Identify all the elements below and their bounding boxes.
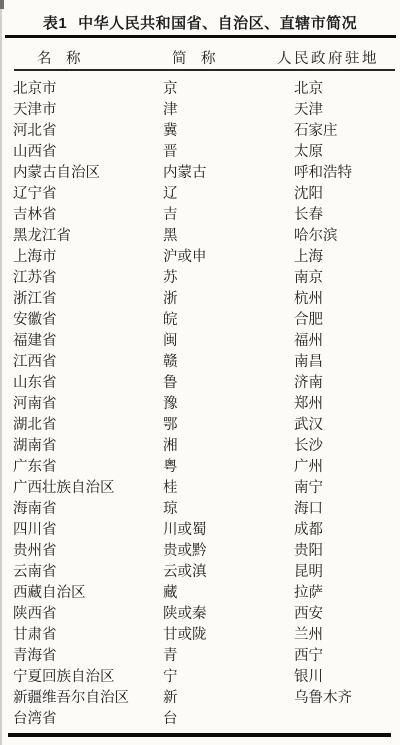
- government-seat: 海口: [294, 497, 400, 518]
- government-seat: 郑州: [294, 392, 400, 413]
- province-abbreviation: 川或蜀: [163, 518, 294, 539]
- province-name: 广西壮族自治区: [0, 476, 163, 497]
- table-row: 吉林省 吉 长春: [0, 203, 400, 224]
- government-seat: 杭州: [294, 287, 400, 308]
- government-seat: 北京: [294, 77, 400, 98]
- table-row: 浙江省 浙 杭州: [0, 287, 400, 308]
- government-seat: 南京: [294, 266, 400, 287]
- table-title: 表1中华人民共和国省、自治区、直辖市简况: [0, 12, 400, 33]
- province-abbreviation: 鄂: [163, 413, 294, 434]
- table-row: 河北省 冀 石家庄: [0, 119, 400, 140]
- table-row: 上海市 沪或申 上海: [0, 245, 400, 266]
- table-row: 广西壮族自治区 桂 南宁: [0, 476, 400, 497]
- province-abbreviation: 宁: [163, 665, 294, 686]
- province-name: 山东省: [0, 371, 163, 392]
- table-row: 内蒙古自治区 内蒙古 呼和浩特: [0, 161, 400, 182]
- government-seat: 贵阳: [294, 539, 400, 560]
- province-name: 新疆维吾尔自治区: [0, 686, 163, 707]
- bottom-rule: [8, 733, 391, 737]
- province-name: 福建省: [0, 329, 163, 350]
- province-name: 海南省: [0, 497, 163, 518]
- province-abbreviation: 湘: [163, 434, 294, 455]
- table-row: 湖南省 湘 长沙: [0, 434, 400, 455]
- province-name: 青海省: [0, 644, 163, 665]
- province-abbreviation: 苏: [163, 266, 294, 287]
- province-abbreviation: 闽: [163, 329, 294, 350]
- table-body: 北京市 京 北京 天津市 津 天津 河北省 冀 石家庄 山西省 晋 太原 内蒙古…: [0, 77, 400, 728]
- government-seat: 兰州: [294, 623, 400, 644]
- province-name: 广东省: [0, 455, 163, 476]
- government-seat: 合肥: [294, 308, 400, 329]
- table-row: 台湾省 台: [0, 707, 400, 728]
- province-abbreviation: 沪或申: [163, 245, 294, 266]
- column-header-name: 名 称: [37, 47, 81, 68]
- province-abbreviation: 皖: [163, 308, 294, 329]
- government-seat: 广州: [294, 455, 400, 476]
- government-seat: 济南: [294, 371, 400, 392]
- table-row: 宁夏回族自治区 宁 银川: [0, 665, 400, 686]
- province-name: 甘肃省: [0, 623, 163, 644]
- province-name: 北京市: [0, 77, 163, 98]
- province-abbreviation: 新: [163, 686, 294, 707]
- government-seat: 福州: [294, 329, 400, 350]
- government-seat: 天津: [294, 98, 400, 119]
- table-row: 青海省 青 西宁: [0, 644, 400, 665]
- column-header-government-seat: 人民政府驻地: [277, 47, 379, 68]
- table-row: 陕西省 陕或秦 西安: [0, 602, 400, 623]
- province-name: 江西省: [0, 350, 163, 371]
- table-row: 湖北省 鄂 武汉: [0, 413, 400, 434]
- government-seat: 沈阳: [294, 182, 400, 203]
- column-header-abbreviation: 简 称: [172, 47, 216, 68]
- table-title-text: 中华人民共和国省、自治区、直辖市简况: [78, 15, 357, 32]
- scan-corner-mark: [0, 0, 4, 9]
- province-name: 陕西省: [0, 602, 163, 623]
- province-abbreviation: 浙: [163, 287, 294, 308]
- province-name: 黑龙江省: [0, 224, 163, 245]
- government-seat: 石家庄: [294, 119, 400, 140]
- province-abbreviation: 黑: [163, 224, 294, 245]
- table-row: 江苏省 苏 南京: [0, 266, 400, 287]
- table-number: 表1: [43, 15, 67, 32]
- government-seat: 长沙: [294, 434, 400, 455]
- province-name: 江苏省: [0, 266, 163, 287]
- province-abbreviation: 京: [163, 77, 294, 98]
- province-name: 天津市: [0, 98, 163, 119]
- government-seat: 呼和浩特: [294, 161, 400, 182]
- government-seat: 南昌: [294, 350, 400, 371]
- province-abbreviation: 辽: [163, 182, 294, 203]
- province-name: 贵州省: [0, 539, 163, 560]
- province-abbreviation: 台: [163, 707, 294, 728]
- document-page: 表1中华人民共和国省、自治区、直辖市简况 名 称 简 称 人民政府驻地 北京市 …: [0, 0, 400, 745]
- table-row: 福建省 闽 福州: [0, 329, 400, 350]
- table-row: 辽宁省 辽 沈阳: [0, 182, 400, 203]
- province-name: 安徽省: [0, 308, 163, 329]
- province-name: 吉林省: [0, 203, 163, 224]
- government-seat: 拉萨: [294, 581, 400, 602]
- province-name: 上海市: [0, 245, 163, 266]
- province-name: 湖南省: [0, 434, 163, 455]
- table-row: 西藏自治区 藏 拉萨: [0, 581, 400, 602]
- province-name: 浙江省: [0, 287, 163, 308]
- province-abbreviation: 甘或陇: [163, 623, 294, 644]
- table-row: 贵州省 贵或黔 贵阳: [0, 539, 400, 560]
- table-row: 安徽省 皖 合肥: [0, 308, 400, 329]
- table-row: 黑龙江省 黑 哈尔滨: [0, 224, 400, 245]
- table-row: 山西省 晋 太原: [0, 140, 400, 161]
- government-seat: 西宁: [294, 644, 400, 665]
- table-row: 广东省 粤 广州: [0, 455, 400, 476]
- table-header-row: 名 称 简 称 人民政府驻地: [0, 47, 400, 65]
- government-seat: 南宁: [294, 476, 400, 497]
- province-abbreviation: 琼: [163, 497, 294, 518]
- government-seat: 昆明: [294, 560, 400, 581]
- government-seat: 西安: [294, 602, 400, 623]
- province-abbreviation: 吉: [163, 203, 294, 224]
- table-row: 山东省 鲁 济南: [0, 371, 400, 392]
- government-seat: 武汉: [294, 413, 400, 434]
- header-rule: [14, 69, 395, 71]
- province-name: 宁夏回族自治区: [0, 665, 163, 686]
- government-seat: 成都: [294, 518, 400, 539]
- table-row: 北京市 京 北京: [0, 77, 400, 98]
- government-seat: 银川: [294, 665, 400, 686]
- table-row: 江西省 赣 南昌: [0, 350, 400, 371]
- government-seat: 太原: [294, 140, 400, 161]
- province-name: 湖北省: [0, 413, 163, 434]
- province-name: 山西省: [0, 140, 163, 161]
- province-abbreviation: 陕或秦: [163, 602, 294, 623]
- province-name: 四川省: [0, 518, 163, 539]
- government-seat: 上海: [294, 245, 400, 266]
- province-abbreviation: 豫: [163, 392, 294, 413]
- province-name: 云南省: [0, 560, 163, 581]
- province-abbreviation: 云或滇: [163, 560, 294, 581]
- government-seat: 乌鲁木齐: [294, 686, 400, 707]
- province-abbreviation: 贵或黔: [163, 539, 294, 560]
- table-row: 四川省 川或蜀 成都: [0, 518, 400, 539]
- province-abbreviation: 鲁: [163, 371, 294, 392]
- government-seat: 长春: [294, 203, 400, 224]
- province-abbreviation: 津: [163, 98, 294, 119]
- province-name: 台湾省: [0, 707, 163, 728]
- government-seat: 哈尔滨: [294, 224, 400, 245]
- table-row: 河南省 豫 郑州: [0, 392, 400, 413]
- province-abbreviation: 晋: [163, 140, 294, 161]
- province-abbreviation: 桂: [163, 476, 294, 497]
- province-abbreviation: 青: [163, 644, 294, 665]
- province-name: 辽宁省: [0, 182, 163, 203]
- province-name: 内蒙古自治区: [0, 161, 163, 182]
- province-abbreviation: 内蒙古: [163, 161, 294, 182]
- province-abbreviation: 赣: [163, 350, 294, 371]
- table-row: 天津市 津 天津: [0, 98, 400, 119]
- table-row: 海南省 琼 海口: [0, 497, 400, 518]
- province-abbreviation: 藏: [163, 581, 294, 602]
- province-abbreviation: 冀: [163, 119, 294, 140]
- table-row: 云南省 云或滇 昆明: [0, 560, 400, 581]
- province-abbreviation: 粤: [163, 455, 294, 476]
- province-name: 河北省: [0, 119, 163, 140]
- top-rule: [5, 35, 396, 38]
- table-row: 新疆维吾尔自治区 新 乌鲁木齐: [0, 686, 400, 707]
- province-name: 西藏自治区: [0, 581, 163, 602]
- province-name: 河南省: [0, 392, 163, 413]
- table-row: 甘肃省 甘或陇 兰州: [0, 623, 400, 644]
